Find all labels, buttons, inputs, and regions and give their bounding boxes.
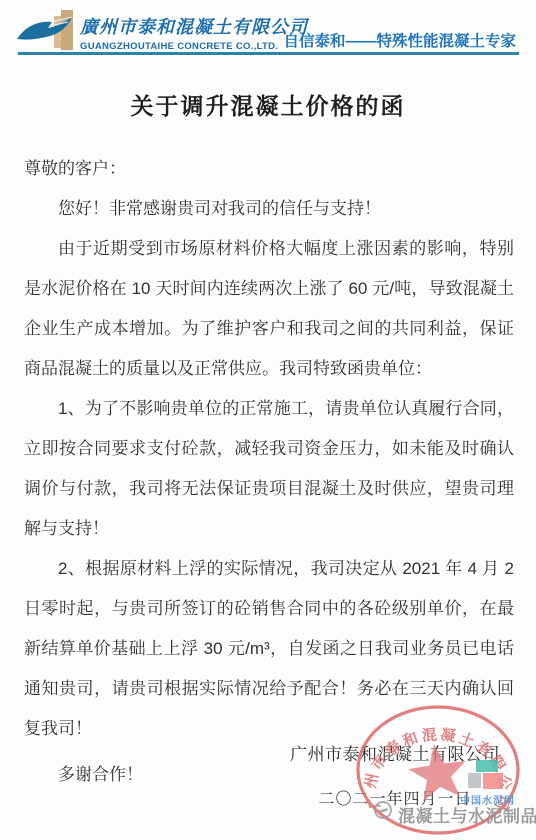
watermark-swirl-icon — [374, 801, 392, 819]
company-slogan: 自信泰和——特殊性能混凝土专家 — [283, 29, 516, 51]
letter-body: 尊敬的客户： 您好！非常感谢贵司对我司的信任与支持！ 由于近期受到市场原材料价格… — [24, 149, 514, 795]
company-logo-icon — [14, 6, 80, 54]
salutation: 尊敬的客户： — [24, 149, 514, 189]
paragraph-greeting: 您好！非常感谢贵司对我司的信任与支持！ — [24, 189, 514, 229]
letter-title: 关于调升混凝土价格的函 — [0, 88, 536, 121]
logo-block-pink — [483, 773, 503, 789]
logo-block-teal — [476, 760, 498, 772]
paragraph-item-2: 2、根据原材料上浮的实际情况，我司决定从 2021 年 4 月 2 日零时起，与… — [24, 549, 514, 749]
paragraph-background: 由于近期受到市场原材料价格大幅度上涨因素的影响，特别是水泥价格在 10 天时间内… — [24, 229, 514, 389]
header-divider — [18, 52, 519, 55]
letter-page: 廣州市泰和混凝土有限公司 GUANGZHOUTAIHE CONCRETE CO.… — [0, 0, 536, 840]
company-name-cn: 廣州市泰和混凝土有限公司 — [80, 13, 308, 39]
logo-block-gray — [468, 773, 481, 788]
cement-net-logo-icon — [468, 760, 510, 794]
company-name-block: 廣州市泰和混凝土有限公司 GUANGZHOUTAIHE CONCRETE CO.… — [80, 13, 308, 52]
watermark-site-text: 混凝土与水泥制品网 — [398, 802, 536, 827]
company-name-en: GUANGZHOUTAIHE CONCRETE CO.,LTD. — [80, 41, 308, 52]
paragraph-item-1: 1、为了不影响贵单位的正常施工，请贵单位认真履行合同，立即按合同要求支付砼款，减… — [24, 389, 514, 549]
